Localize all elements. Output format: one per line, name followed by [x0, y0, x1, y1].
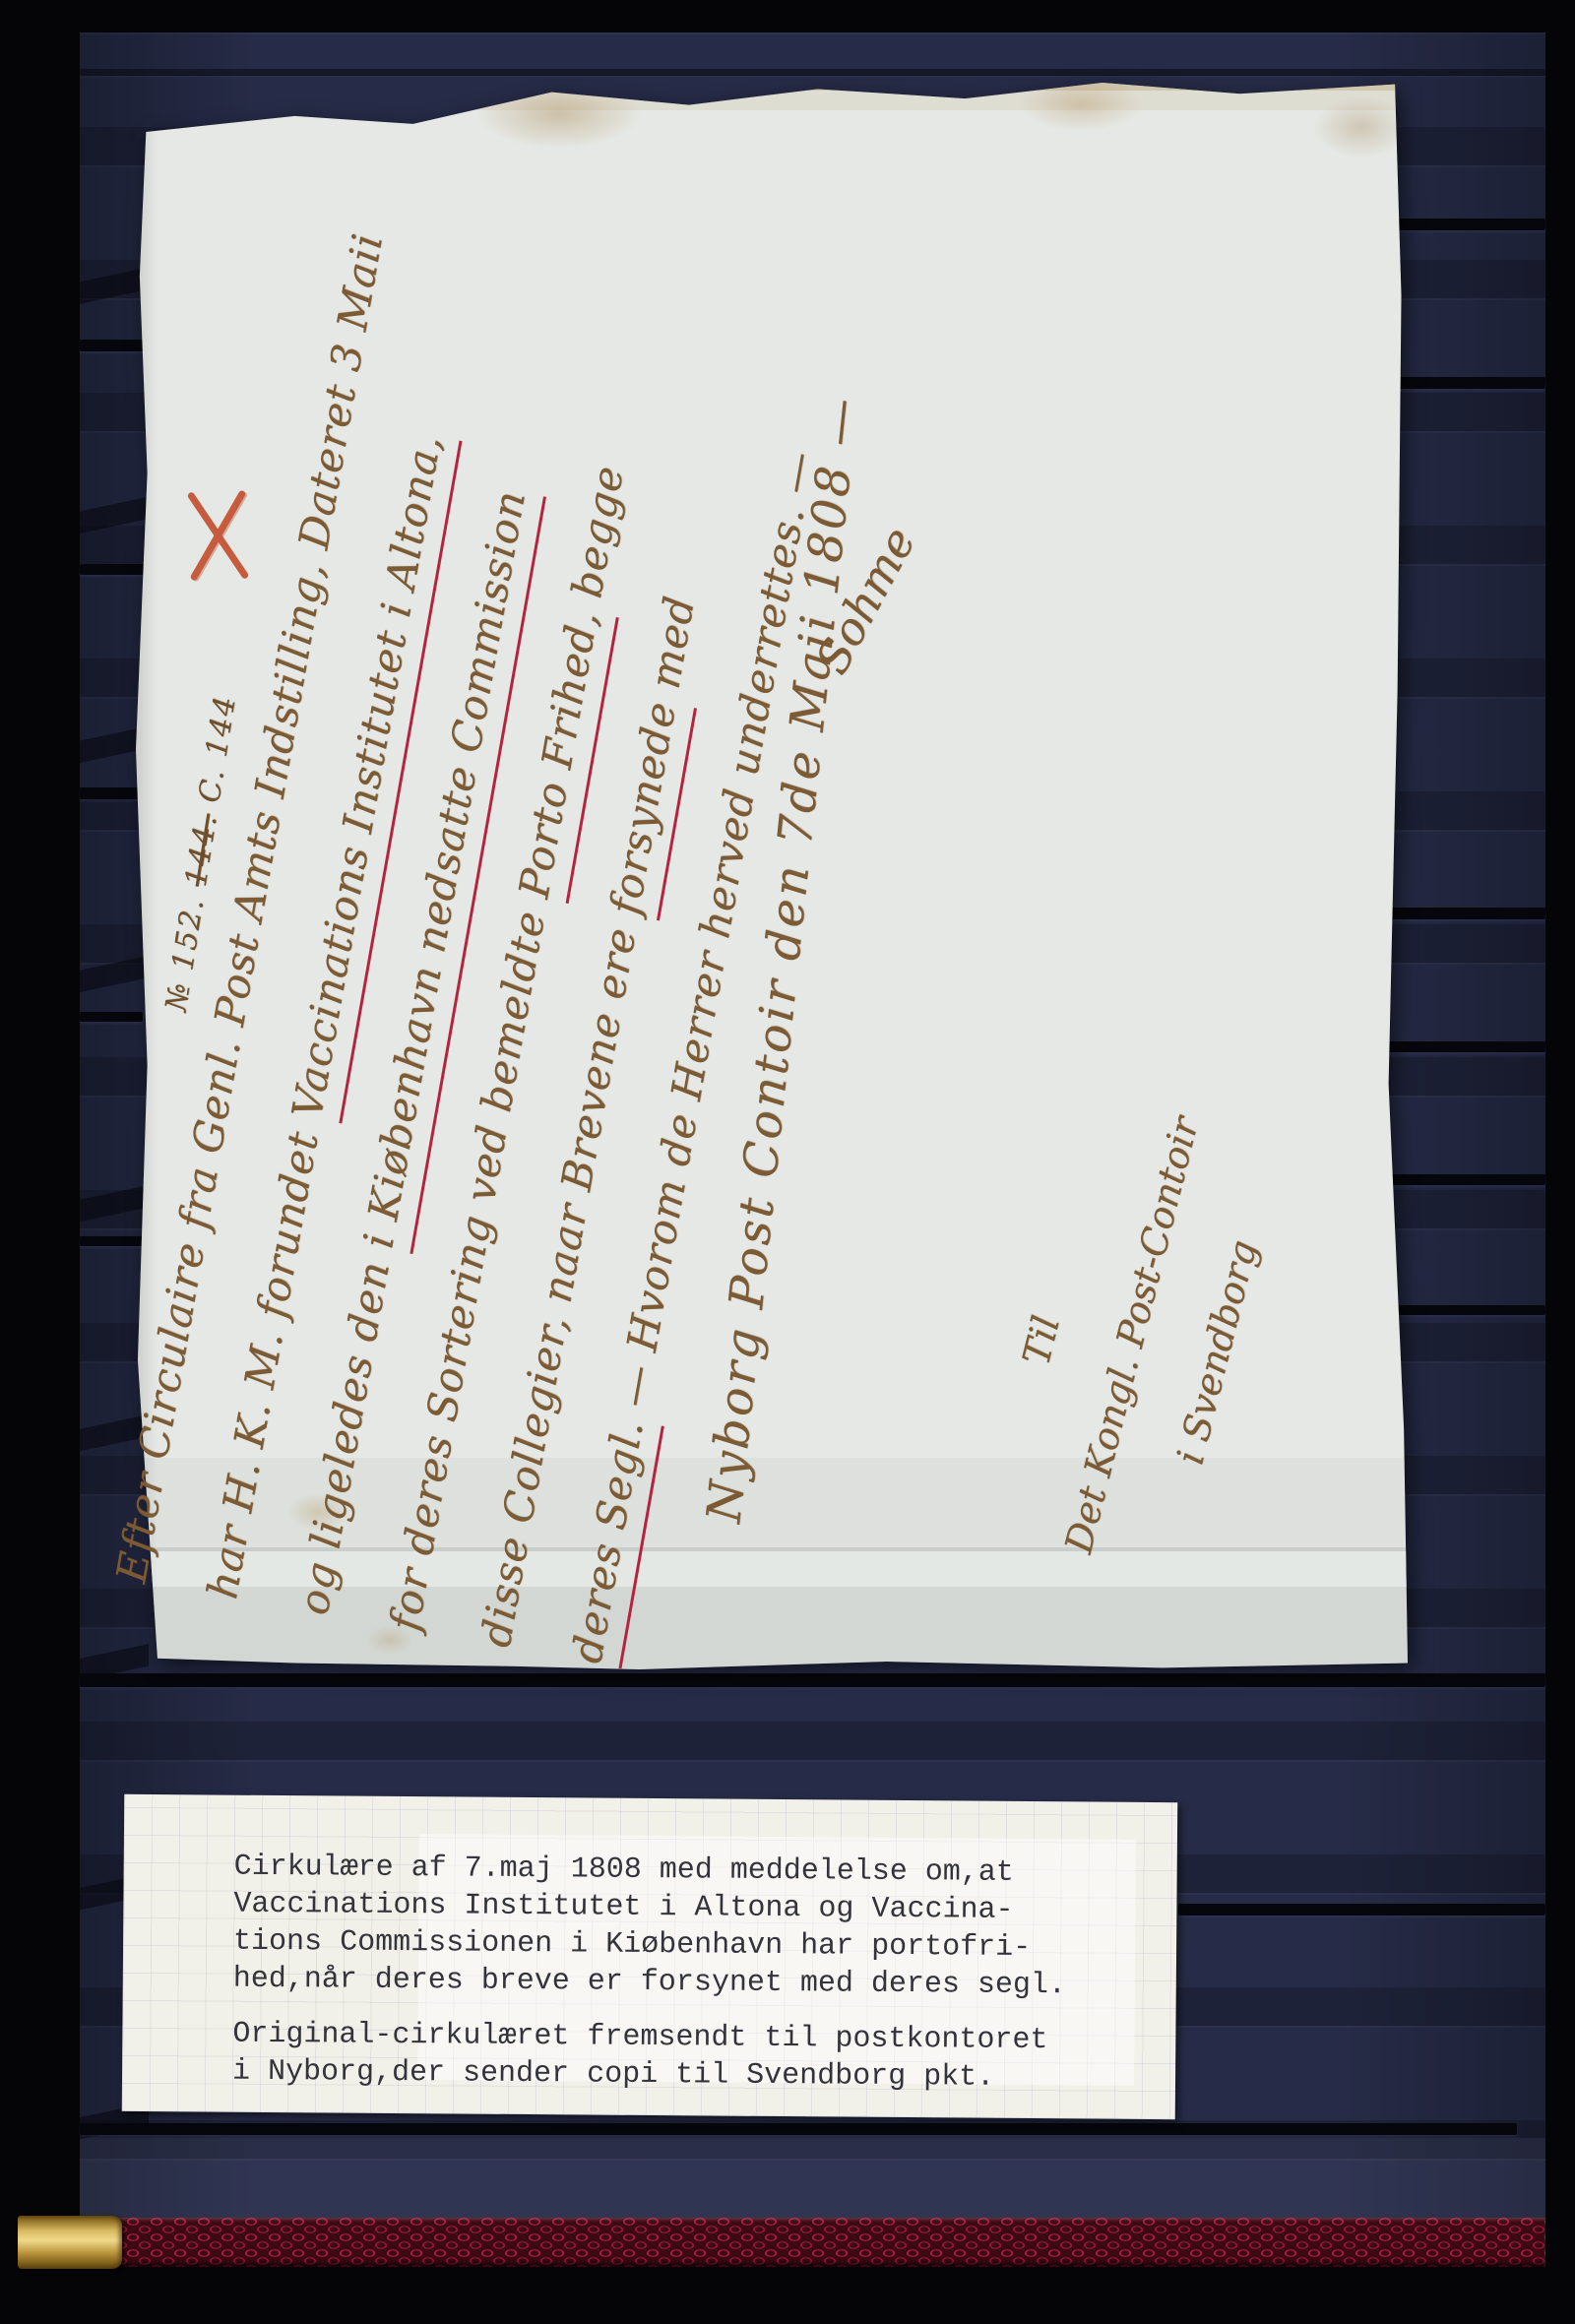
- caption-paragraph-2: Original-cirkulæret fremsendt til postko…: [122, 1997, 1176, 2098]
- caption-paragraph-1: Cirkulære af 7.maj 1808 med meddelelse o…: [123, 1794, 1178, 2005]
- letter-paper: [136, 83, 1408, 1669]
- leather-binding-edge: [80, 2218, 1545, 2267]
- pocket-slit: [80, 1236, 143, 1246]
- caption-card: Cirkulære af 7.maj 1808 med meddelelse o…: [122, 1794, 1177, 2119]
- page-band: [80, 2138, 1545, 2218]
- pocket-slit: [80, 1673, 1545, 1687]
- red-x-mark: [177, 484, 258, 587]
- brass-clasp: [18, 2216, 122, 2269]
- caption-line: i Nyborg,der sender copi til Svendborg p…: [232, 2053, 1175, 2099]
- pocket-slit: [80, 69, 1545, 76]
- pocket-slit: [80, 1012, 143, 1022]
- album-photo: Efter Circulaire fra Genl. Post Amts Ind…: [0, 0, 1575, 2324]
- pocket-slit: [1178, 1904, 1545, 1916]
- letter-paper-wrap: [136, 83, 1408, 1669]
- pocket-slit: [80, 2123, 1517, 2135]
